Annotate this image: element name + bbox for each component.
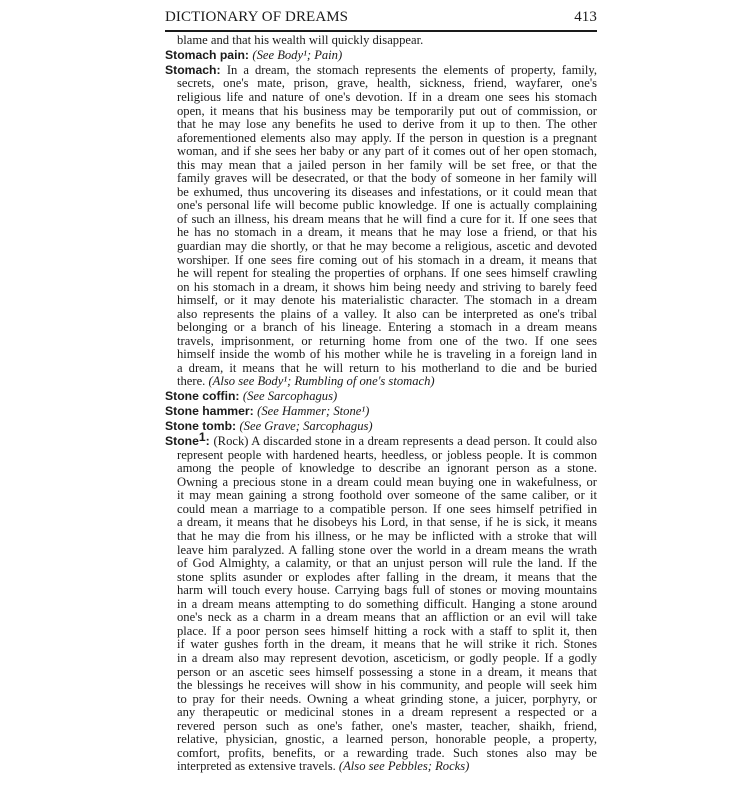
entry-stone-hammer: Stone hammer: (See Hammer; Stone¹)	[165, 405, 597, 419]
definition-line: one's neck as a charm in a dream means t…	[165, 611, 597, 625]
definition-line: guardian may die shortly, or that he may…	[165, 240, 597, 254]
page-body: blame and that his wealth will quickly d…	[165, 34, 597, 774]
running-header: DICTIONARY OF DREAMS 413	[165, 9, 597, 29]
definition-line: Owning a precious stone in a dream could…	[165, 476, 597, 490]
definition-line: to pray for their needs. Owning a wheat …	[165, 693, 597, 707]
definition-line: (Rock) A discarded stone in a dream repr…	[213, 434, 597, 448]
entry-stone-coffin: Stone coffin: (See Sarcophagus)	[165, 390, 597, 404]
definition-line: in a dream means attempting to do someth…	[165, 598, 597, 612]
definition-line: of God Almighty, a calamity, or that an …	[165, 557, 597, 571]
running-title: DICTIONARY OF DREAMS	[165, 9, 348, 26]
definition-line: on his stomach in a dream, it shows him …	[165, 281, 597, 295]
definition-line: a dream, it means that he disobeys his L…	[165, 516, 597, 530]
definition-line: himself, or it may denote his materialis…	[165, 294, 597, 308]
definition-line: the blessings he receives will show in h…	[165, 679, 597, 693]
cross-reference: (See Grave; Sarcophagus)	[239, 419, 372, 433]
cross-reference: (Also see Body¹; Rumbling of one's stoma…	[208, 374, 434, 388]
definition-line: he has no stomach in a dream, it means t…	[165, 226, 597, 240]
definition-line: harm will touch every house. Carrying ba…	[165, 584, 597, 598]
continuation-line: blame and that his wealth will quickly d…	[165, 34, 597, 48]
cross-reference: (Also see Pebbles; Rocks)	[339, 759, 469, 773]
definition-line: be exhumed, thus uncovering its diseases…	[165, 186, 597, 200]
definition-line: any therapeutic or medicinal stones in a…	[165, 706, 597, 720]
definition-line: aforementioned elements also may apply. …	[165, 132, 597, 146]
definition-line: of such an illness, his dream means that…	[165, 213, 597, 227]
headword: Stomach pain	[165, 48, 245, 62]
definition-line: travels, imprisonment, or returning home…	[165, 335, 597, 349]
definition-line: one's personal life will become public k…	[165, 199, 597, 213]
definition-line: in a dream also may represent devotion, …	[165, 652, 597, 666]
entry-stomach: Stomach: In a dream, the stomach represe…	[165, 64, 597, 389]
definition-line: person or an ascetic sees himself posses…	[165, 666, 597, 680]
cross-reference: (See Body¹; Pain)	[252, 48, 342, 62]
page-number: 413	[574, 9, 597, 26]
entry-stone-tomb: Stone tomb: (See Grave; Sarcophagus)	[165, 420, 597, 434]
definition-line: he will repent for stealing the properti…	[165, 267, 597, 281]
definition-line: relative, physician, gnostic, a learned …	[165, 733, 597, 747]
definition-line: family graves will be desecrated, or tha…	[165, 172, 597, 186]
definition-line: woman, and if she sees her baby or any p…	[165, 145, 597, 159]
definition-line: In a dream, the stomach represents the e…	[227, 63, 597, 77]
headword-superscript: 1	[199, 430, 206, 444]
definition-line: could mean a marriage to a compatible pe…	[165, 503, 597, 517]
definition-line: secrets, one's mate, prison, grave, heal…	[165, 77, 597, 91]
cross-reference: (See Sarcophagus)	[243, 389, 337, 403]
definition-line: this may mean that a jailed person in he…	[165, 159, 597, 173]
definition-line: worshiper. If one sees fire coming out o…	[165, 254, 597, 268]
definition-line: open, it means that his business may be …	[165, 105, 597, 119]
headword: Stone	[165, 434, 199, 448]
headword: Stone coffin	[165, 389, 235, 403]
definition-line: if water gushes forth in the dream, it m…	[165, 638, 597, 652]
entry-stone-1: Stone1: (Rock) A discarded stone in a dr…	[165, 435, 597, 774]
definition-line: that he may lose any benefits he used to…	[165, 118, 597, 132]
entry-stomach-pain: Stomach pain: (See Body¹; Pain)	[165, 49, 597, 63]
definition-line: among the people of knowledge to describ…	[165, 462, 597, 476]
definition-line: a dream, it means that he will return to…	[165, 362, 597, 376]
definition-line: comfort, profits, benefits, or a rewardi…	[165, 747, 597, 761]
definition-line: stone splits asunder or explodes after f…	[165, 571, 597, 585]
definition-line: leave him paralyzed. A falling stone ove…	[165, 544, 597, 558]
cross-reference: (See Hammer; Stone¹)	[257, 404, 369, 418]
definition-line: belonging or a branch of his lineage. En…	[165, 321, 597, 335]
definition-line: place. If a poor person sees himself hit…	[165, 625, 597, 639]
headword: Stone hammer	[165, 404, 250, 418]
definition-line: represent people with hardened hearts, h…	[165, 449, 597, 463]
definition-line: it may mean gaining a strong foothold ov…	[165, 489, 597, 503]
definition-line: also represents the plains of a valley. …	[165, 308, 597, 322]
header-rule	[165, 30, 597, 32]
definition-line: that he may die from his illness, or he …	[165, 530, 597, 544]
definition-line: there.	[177, 374, 205, 388]
definition-line: interpreted as extensive travels.	[177, 759, 336, 773]
headword: Stomach	[165, 63, 216, 77]
definition-line: himself inside the womb of his mother wh…	[165, 348, 597, 362]
definition-line: religious life and nature of one's devot…	[165, 91, 597, 105]
definition-line: revered person such as one's father, one…	[165, 720, 597, 734]
